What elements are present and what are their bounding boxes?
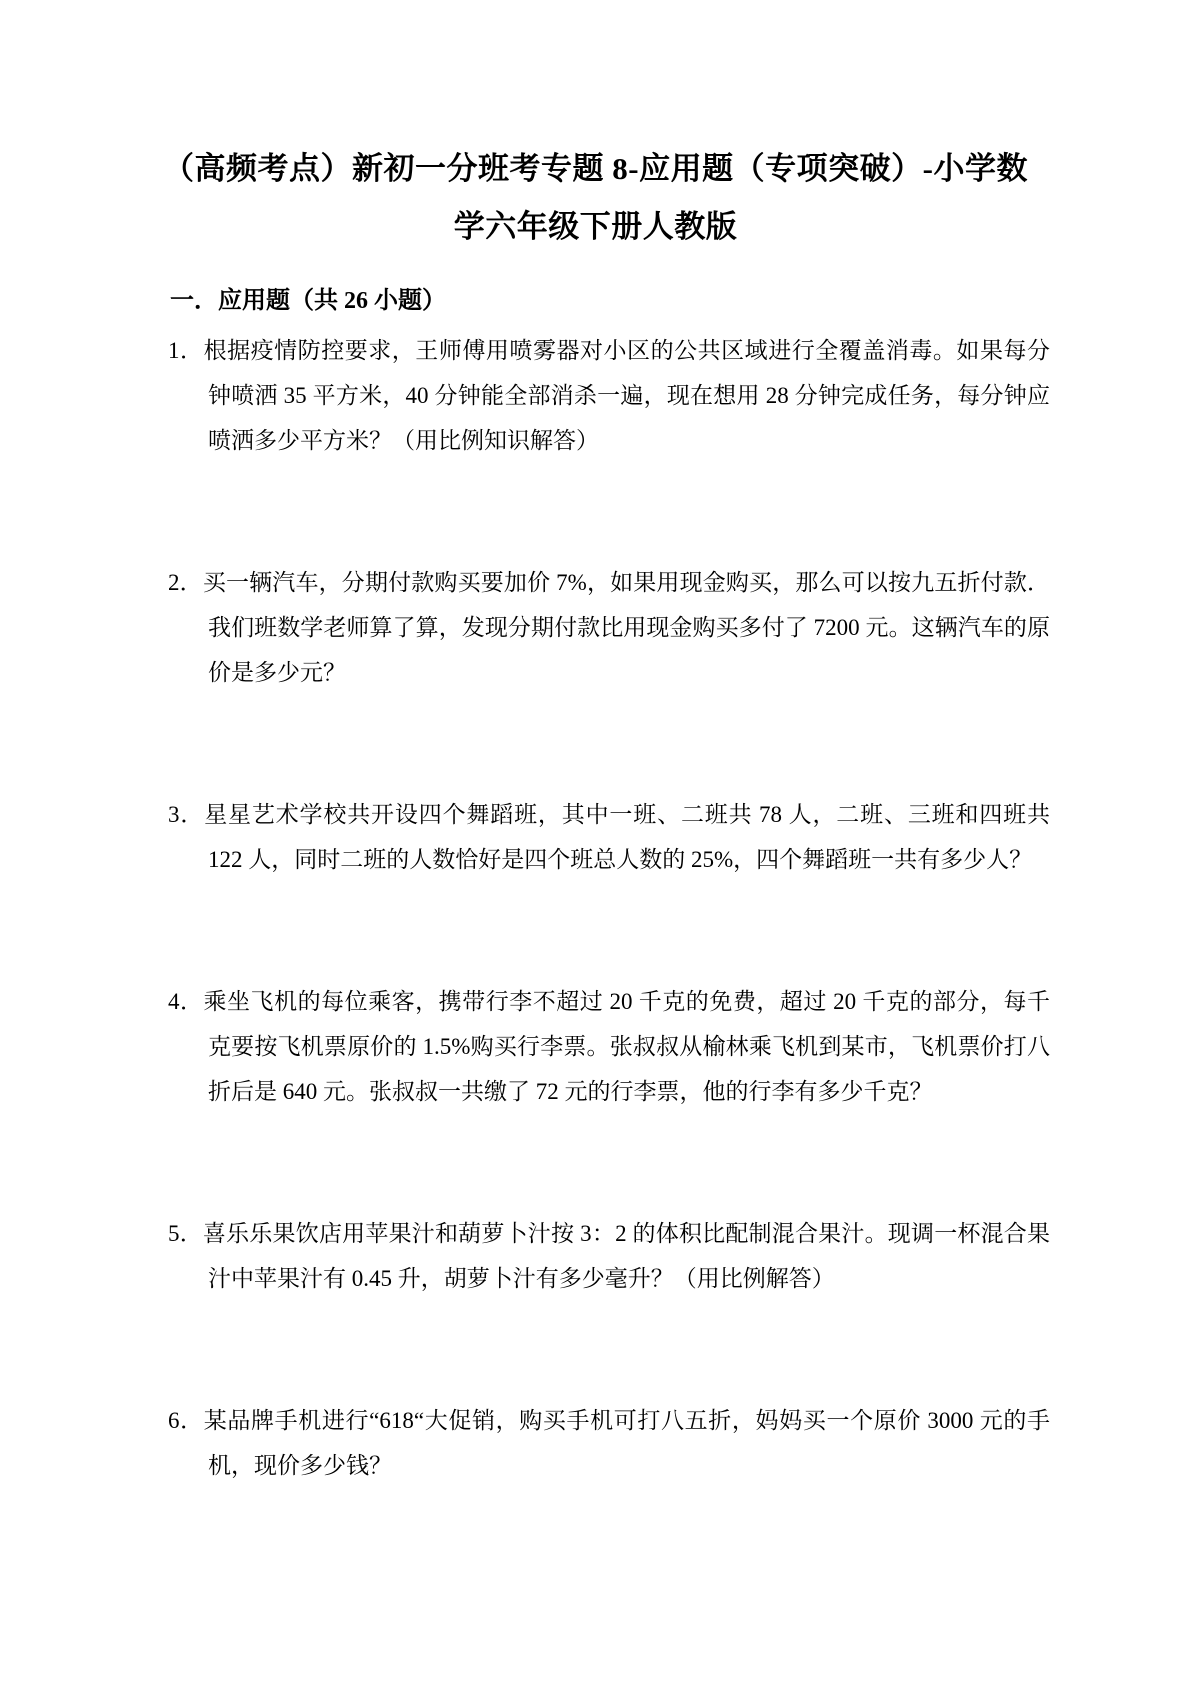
question-number: 2． <box>168 570 203 595</box>
section-header: 一．应用题（共 26 小题） <box>170 278 1050 324</box>
question-number: 1． <box>168 338 204 363</box>
question-text: 某品牌手机进行“618“大促销，购买手机可打八五折，妈妈买一个原价 3000 元… <box>204 1408 1050 1478</box>
document-title: （高频考点）新初一分班考专题 8-应用题（专项突破）-小学数学六年级下册人教版 <box>162 0 1029 256</box>
question-item-3: 3．星星艺术学校共开设四个舞蹈班，其中一班、二班共 78 人，二班、三班和四班共… <box>168 792 1050 882</box>
question-text: 根据疫情防控要求，王师傅用喷雾器对小区的公共区域进行全覆盖消毒。如果每分钟喷洒 … <box>204 338 1050 453</box>
question-text: 星星艺术学校共开设四个舞蹈班，其中一班、二班共 78 人，二班、三班和四班共 1… <box>204 802 1050 872</box>
worksheet-page: （高频考点）新初一分班考专题 8-应用题（专项突破）-小学数学六年级下册人教版 … <box>0 0 1191 1684</box>
question-text: 买一辆汽车，分期付款购买要加价 7%，如果用现金购买，那么可以按九五折付款．我们… <box>203 570 1050 685</box>
question-number: 4． <box>168 989 204 1014</box>
question-number: 3． <box>168 802 204 827</box>
question-item-2: 2．买一辆汽车，分期付款购买要加价 7%，如果用现金购买，那么可以按九五折付款．… <box>168 560 1050 695</box>
question-item-6: 6．某品牌手机进行“618“大促销，购买手机可打八五折，妈妈买一个原价 3000… <box>168 1398 1050 1488</box>
question-item-1: 1．根据疫情防控要求，王师傅用喷雾器对小区的公共区域进行全覆盖消毒。如果每分钟喷… <box>168 328 1050 463</box>
question-text: 喜乐乐果饮店用苹果汁和葫萝卜汁按 3：2 的体积比配制混合果汁。现调一杯混合果汁… <box>203 1221 1050 1291</box>
question-item-4: 4．乘坐飞机的每位乘客，携带行李不超过 20 千克的免费，超过 20 千克的部分… <box>168 979 1050 1114</box>
question-list: 1．根据疫情防控要求，王师傅用喷雾器对小区的公共区域进行全覆盖消毒。如果每分钟喷… <box>0 328 1191 1488</box>
question-item-5: 5．喜乐乐果饮店用苹果汁和葫萝卜汁按 3：2 的体积比配制混合果汁。现调一杯混合… <box>168 1211 1050 1301</box>
question-number: 5． <box>168 1221 203 1246</box>
question-text: 乘坐飞机的每位乘客，携带行李不超过 20 千克的免费，超过 20 千克的部分，每… <box>204 989 1050 1104</box>
question-number: 6． <box>168 1408 204 1433</box>
